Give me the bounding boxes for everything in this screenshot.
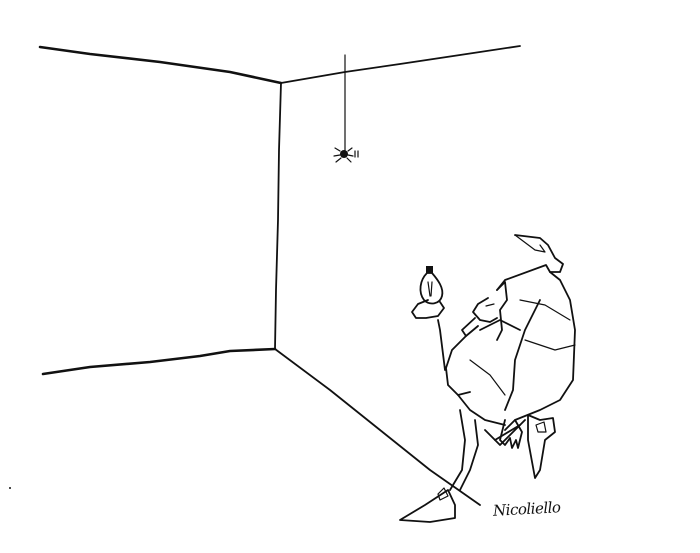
floor-line-right	[275, 349, 480, 505]
floor-line-left	[43, 349, 275, 374]
cartoon-illustration	[0, 0, 700, 553]
spider-body	[340, 150, 348, 158]
nose	[462, 318, 478, 336]
arm	[446, 336, 470, 395]
room-walls	[40, 46, 520, 505]
face	[473, 298, 497, 322]
ink-speck	[9, 487, 11, 489]
back-shoe	[528, 415, 555, 478]
ceiling-line-right	[281, 46, 520, 83]
ceiling-line-left	[40, 47, 281, 83]
man-with-light-bulb	[400, 235, 575, 522]
pointed-cap	[497, 235, 563, 290]
bulb-base	[426, 266, 433, 273]
artist-signature: Nicoliello	[493, 498, 561, 520]
wall-corner-line	[275, 83, 281, 349]
front-leg	[450, 410, 465, 490]
coat-back	[505, 272, 575, 430]
